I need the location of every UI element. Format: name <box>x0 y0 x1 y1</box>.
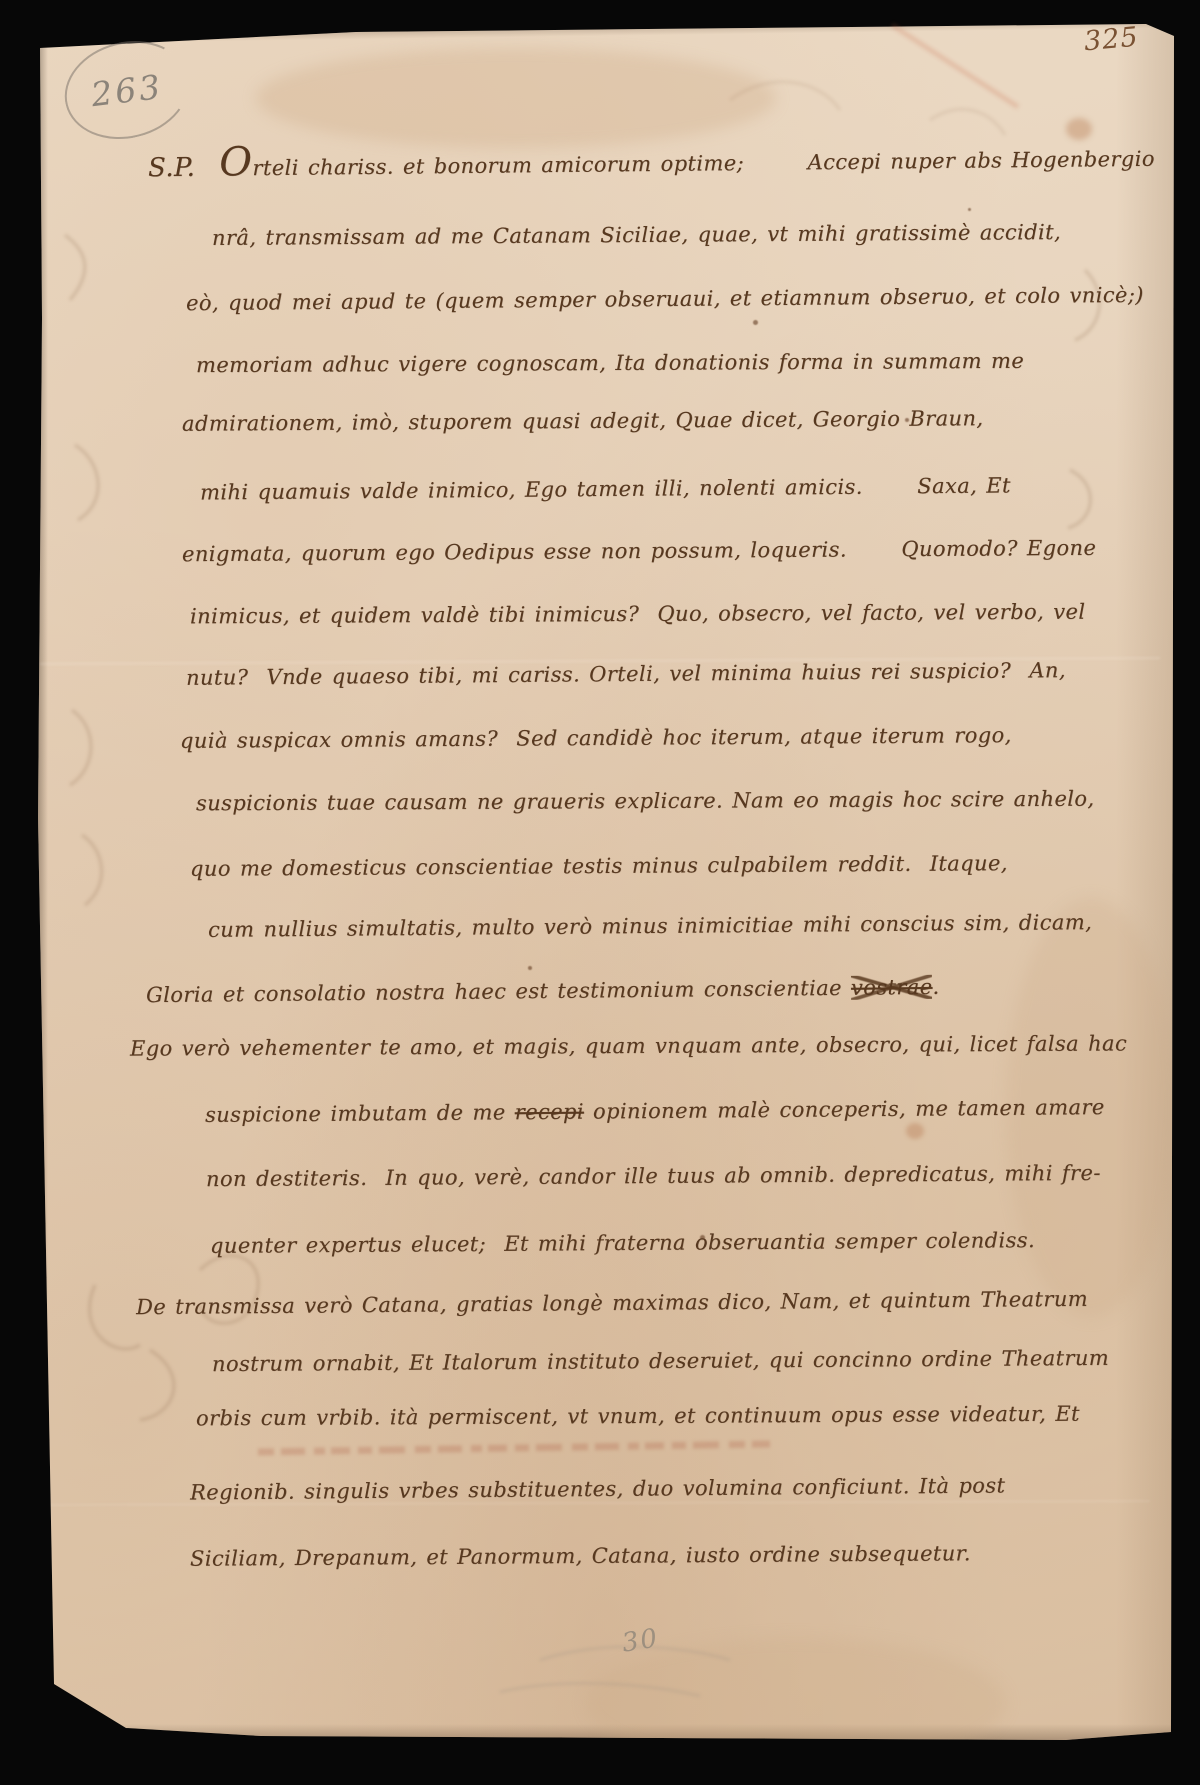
letter-line-segment: Regionib. singulis vrbes substituentes, … <box>190 1473 1005 1504</box>
letter-line: suspicione imbutam de me recepi opinione… <box>205 1094 1105 1128</box>
letter-line: orbis cum vrbib. ità permiscent, vt vnum… <box>196 1401 1080 1432</box>
letter-line-segment: nrâ, transmissam ad me Catanam Siciliae,… <box>212 220 1061 250</box>
letter-line-segment: nutu? Vnde quaeso tibi, mi cariss. Ortel… <box>186 658 1066 690</box>
letter-line: Ego verò vehementer te amo, et magis, qu… <box>130 1030 1127 1061</box>
letter-line-segment: inimicus, et quidem valdè tibi inimicus?… <box>190 600 1086 629</box>
letter-line: Gloria et consolatio nostra haec est tes… <box>146 974 940 1008</box>
letter-line-segment: suspicionis tuae causam ne graueris expl… <box>196 787 1095 816</box>
strikethrough-text: vostrae <box>851 975 933 1000</box>
letter-line: memoriam adhuc vigere cognoscam, Ita don… <box>196 348 1024 378</box>
letter-line-segment: suspicione imbutam de me <box>205 1100 515 1127</box>
letter-line-segment: orbis cum vrbib. ità permiscent, vt vnum… <box>196 1402 1080 1431</box>
letter-line-segment: memoriam adhuc vigere cognoscam, Ita don… <box>196 349 1024 377</box>
letter-line-segment: opinionem malè conceperis, me tamen amar… <box>584 1095 1105 1124</box>
letter-line-segment: Orteli chariss. et bonorum amicorum opti… <box>219 146 1155 182</box>
letter-line-segment: eò, quod mei apud te (quem semper obseru… <box>186 283 1144 315</box>
salutation: S.P. <box>148 153 196 183</box>
strikethrough-text: recepi <box>515 1100 584 1125</box>
letter-line: admirationem, imò, stuporem quasi adegit… <box>182 405 984 437</box>
letter-line-segment: quenter expertus elucet; Et mihi fratern… <box>210 1228 1035 1258</box>
letter-line-segment: admirationem, imò, stuporem quasi adegit… <box>182 406 984 436</box>
letter-line: non destiteris. In quo, verè, candor ill… <box>206 1160 1101 1192</box>
letter-line-segment: Gloria et consolatio nostra haec est tes… <box>146 976 851 1007</box>
letter-line-segment: De transmissa verò Catana, gratias longè… <box>136 1287 1088 1319</box>
letter-line: eò, quod mei apud te (quem semper obseru… <box>186 282 1144 316</box>
letter-line-segment: . <box>932 975 939 999</box>
letter-line: nostrum ornabit, Et Italorum instituto d… <box>212 1345 1109 1377</box>
letter-line-segment: enigmata, quorum ego Oedipus esse non po… <box>182 536 1096 566</box>
letter-line: quià suspicax omnis amans? Sed candidè h… <box>180 722 1012 754</box>
letter-line: enigmata, quorum ego Oedipus esse non po… <box>182 535 1096 567</box>
letter-line: suspicionis tuae causam ne graueris expl… <box>196 786 1095 817</box>
scan-background: 263 325 30 S.P.Orteli chariss. et bonoru… <box>0 0 1200 1785</box>
letter-line: mihi quamuis valde inimico, Ego tamen il… <box>200 472 1011 505</box>
letter-line: cum nullius simultatis, multo verò minus… <box>208 909 1092 943</box>
letter-line-segment: cum nullius simultatis, multo verò minus… <box>208 910 1092 942</box>
letter-line-segment: quià suspicax omnis amans? Sed candidè h… <box>180 723 1012 753</box>
letter-line: inimicus, et quidem valdè tibi inimicus?… <box>190 599 1086 630</box>
letter-line-segment: quo me domesticus conscientiae testis mi… <box>190 851 1008 881</box>
letter-line: nrâ, transmissam ad me Catanam Siciliae,… <box>212 219 1061 251</box>
letter-line: De transmissa verò Catana, gratias longè… <box>136 1286 1088 1320</box>
letter-line-segment: Ego verò vehementer te amo, et magis, qu… <box>130 1031 1127 1060</box>
letter-line: quo me domesticus conscientiae testis mi… <box>190 850 1008 882</box>
letter-body: S.P.Orteli chariss. et bonorum amicorum … <box>0 0 1200 1785</box>
letter-line: Regionib. singulis vrbes substituentes, … <box>190 1472 1006 1505</box>
letter-line-segment: nostrum ornabit, Et Italorum instituto d… <box>212 1346 1109 1376</box>
letter-line: S.P.Orteli chariss. et bonorum amicorum … <box>148 145 1155 183</box>
letter-line: nutu? Vnde quaeso tibi, mi cariss. Ortel… <box>186 657 1066 691</box>
letter-line-segment: mihi quamuis valde inimico, Ego tamen il… <box>200 473 1011 504</box>
letter-line: Siciliam, Drepanum, et Panormum, Catana,… <box>190 1540 971 1571</box>
letter-line-segment: Siciliam, Drepanum, et Panormum, Catana,… <box>190 1541 971 1570</box>
letter-line: quenter expertus elucet; Et mihi fratern… <box>210 1227 1035 1259</box>
letter-line-segment: non destiteris. In quo, verè, candor ill… <box>206 1161 1101 1191</box>
